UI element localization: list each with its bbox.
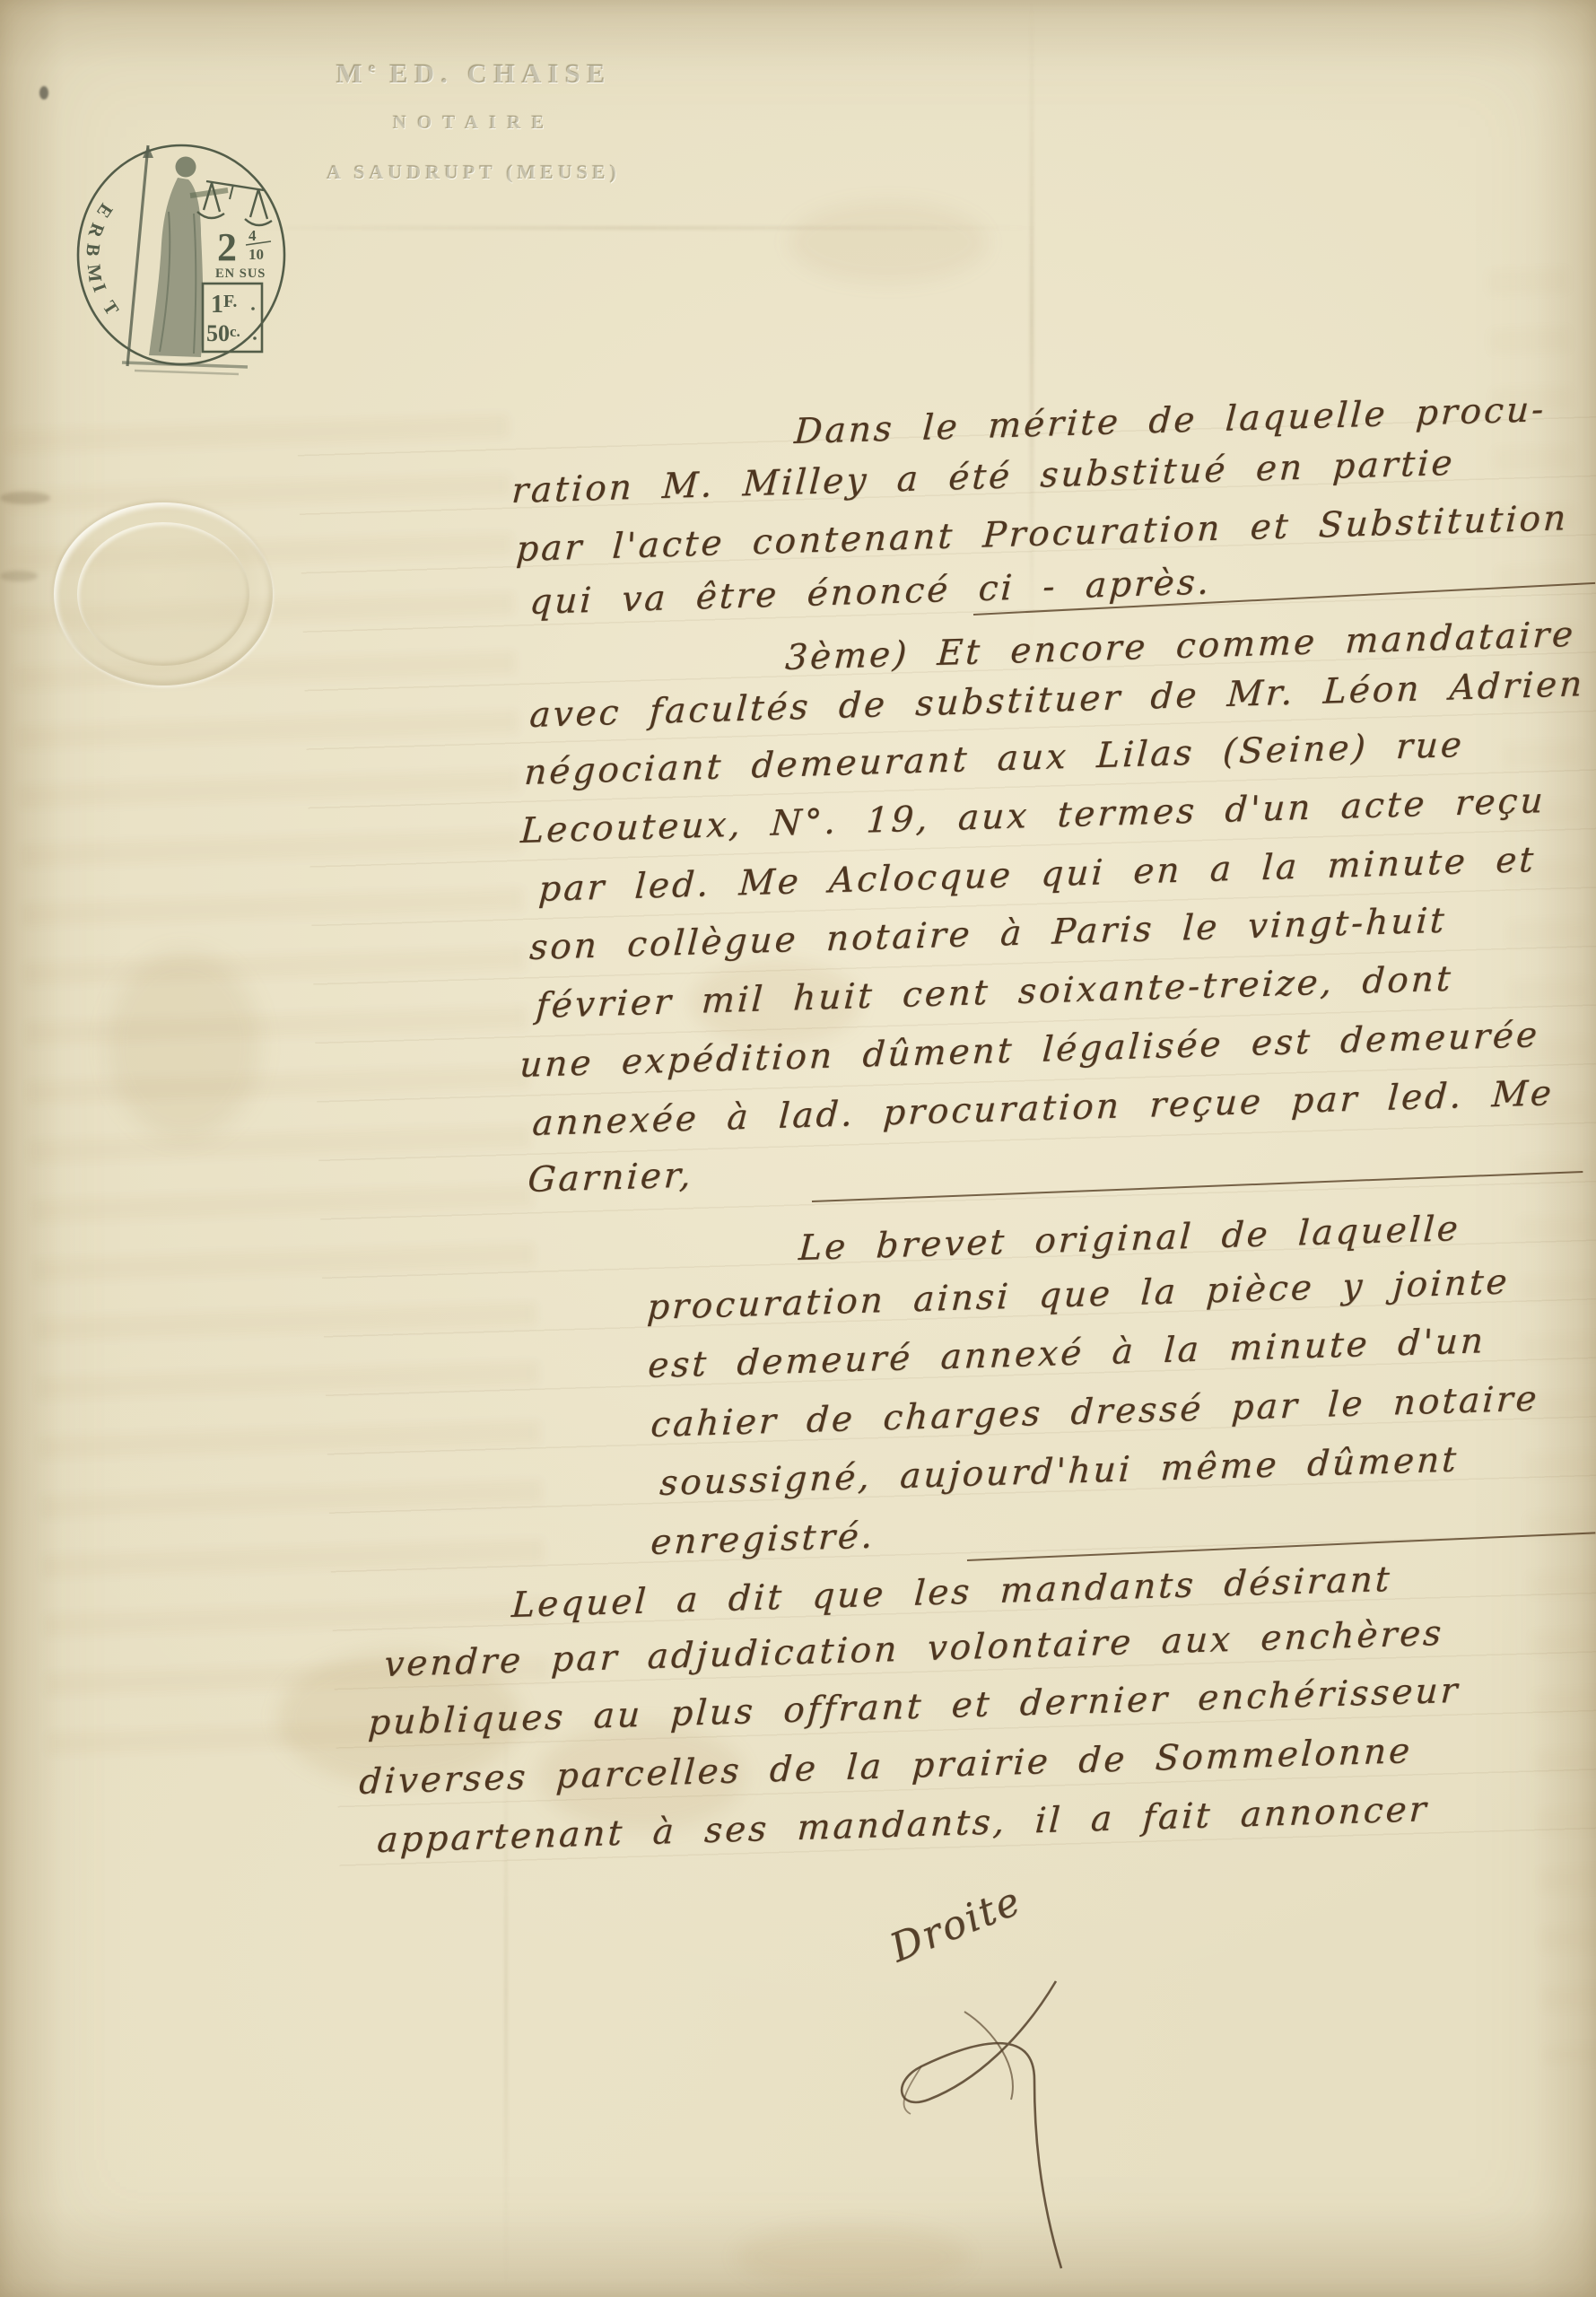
letterhead-title: NOTAIRE [312,111,635,134]
manuscript-line: février mil huit cent soixante-treize, d… [535,962,1454,1026]
stamp-letter: T [99,297,124,319]
paper-crease [233,226,1041,230]
letterhead-prefix-superscript: e [369,59,377,76]
ink-rule [967,1532,1595,1561]
notary-paraph-flourish [857,1972,1099,2277]
marginal-word: Droite [885,1881,1027,1969]
manuscript-line: annexée à lad. procuration reçue par led… [531,1076,1555,1143]
manuscript-line: son collègue notaire à Paris le vingt-hu… [528,904,1448,967]
manuscript-line: enregistré. [650,1519,876,1562]
manuscript-line: Garnier, [527,1157,694,1199]
manuscript-line: est demeuré annexé à la minute d'un [647,1323,1487,1385]
stamp-letter: B [82,242,105,258]
surcharge-fraction-numerator: 4 [249,227,257,244]
manuscript-line: par l'acte contenant Procuration et Subs… [515,501,1569,569]
manuscript-line: diverses parcelles de la prairie de Somm… [358,1734,1413,1802]
manuscript-line: Le brevet original de laquelle [798,1211,1461,1268]
paper-stain [108,951,260,1140]
letterhead-prefix: M [336,57,369,89]
manuscript-line: soussigné, aujourd'hui même dûment [658,1443,1460,1503]
letterhead-location: A SAUDRUPT (MEUSE) [312,161,635,184]
surcharge-number: 2 [217,225,237,269]
scanned-notarial-document: T I M B R E 2 4 [0,0,1596,2297]
letterhead: Me ED. CHAISE NOTAIRE A SAUDRUPT (MEUSE) [312,57,635,184]
surcharge-caption: EN SUS [215,266,266,281]
manuscript-line: procuration ainsi que la pièce y jointe [646,1264,1511,1327]
embossed-dry-seal-ring [77,522,249,666]
value-centimes: 50c. [206,320,240,346]
timbre-revenue-stamp: T I M B R E 2 4 [63,131,300,393]
stamp-value-box: 1F. 50c. [203,284,262,352]
letterhead-notary-name: Me ED. CHAISE [312,57,635,90]
manuscript-line: cahier de charges dressé par le notaire [650,1382,1540,1445]
manuscript-line: négociant demeurant aux Lilas (Seine) ru… [523,728,1465,792]
manuscript-line: qui va être énoncé ci - après. [528,564,1212,622]
ink-speck [39,86,48,100]
ink-offset-mark [0,492,50,504]
manuscript-line: appartenant à ses mandants, il a fait an… [376,1792,1429,1860]
manuscript-line: Lecouteux, N°. 19, aux termes d'un acte … [519,783,1547,851]
stamp-surcharge: 2 4 10 EN SUS [215,225,271,281]
scales-of-justice-icon [197,181,272,225]
ink-rule [812,1171,1583,1202]
ink-offset-mark [0,571,38,581]
manuscript-line: une expédition dûment légalisée est deme… [519,1017,1540,1085]
manuscript-line: publiques au plus offrant et dernier enc… [367,1673,1461,1742]
stamp-letter: E [92,200,118,223]
manuscript-line: ration M. Milley a été substitué en part… [510,446,1456,511]
surcharge-fraction-denominator: 10 [249,246,264,263]
stamp-letter: M [83,263,107,283]
stamp-letter: R [83,220,109,241]
manuscript-line: Dans le mérite de laquelle procu- [793,392,1547,451]
embossed-dry-seal [54,502,273,686]
paper-stain [789,202,987,283]
stamp-letter: I [88,281,110,295]
manuscript-line: avec facultés de substituer de Mr. Léon … [528,667,1585,735]
manuscript-line: vendre par adjudication volontaire aux e… [383,1616,1444,1684]
manuscript-line: par led. Me Aclocque qui en a la minute … [537,843,1537,909]
manuscript-line: Lequel a dit que les mandants désirant [510,1562,1393,1625]
letterhead-name-text: ED. CHAISE [389,57,611,89]
value-francs: 1F. [211,291,237,319]
